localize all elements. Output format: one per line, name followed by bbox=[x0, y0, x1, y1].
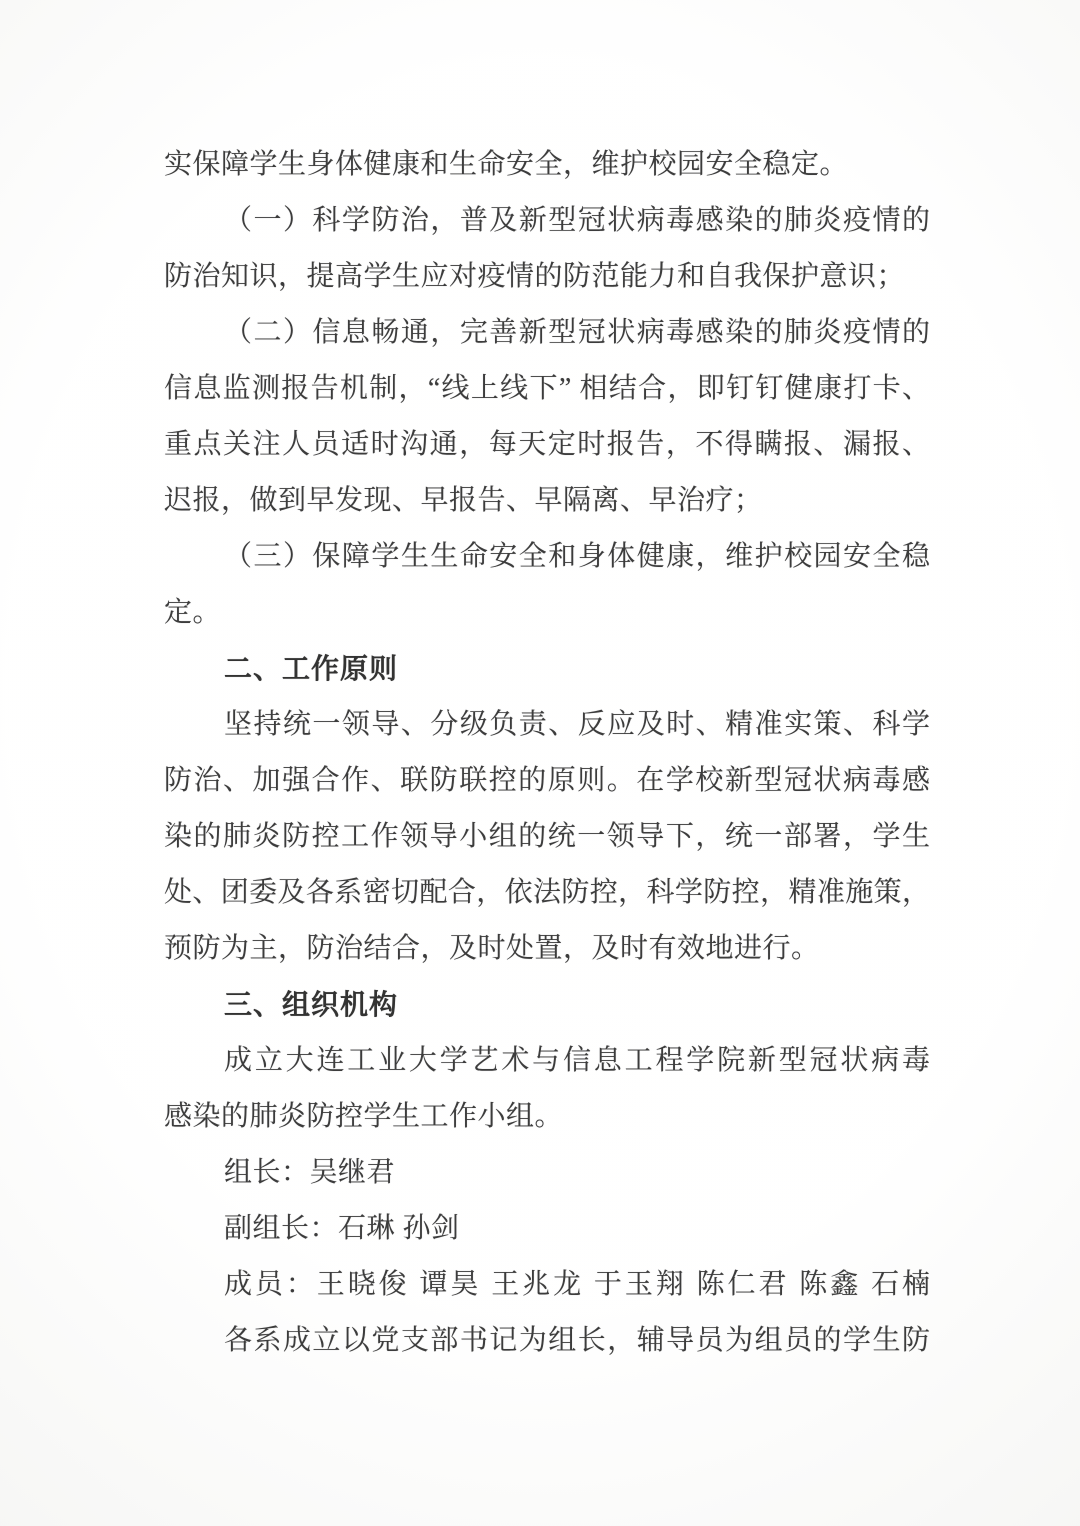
item-two-line: （二）信息畅通，完善新型冠状病毒感染的肺炎疫情的 bbox=[164, 305, 930, 361]
group-leader-line: 组长：吴继君 bbox=[164, 1145, 930, 1201]
paragraph-line: 定。 bbox=[164, 585, 930, 641]
paragraph-line: 重点关注人员适时沟通，每天定时报告，不得瞒报、漏报、 bbox=[164, 417, 930, 473]
members-line: 成员：王晓俊 谭昊 王兆龙 于玉翔 陈仁君 陈鑫 石楠 bbox=[164, 1257, 930, 1313]
paragraph-line: 防治、加强合作、联防联控的原则。在学校新型冠状病毒感 bbox=[164, 753, 930, 809]
item-three-line: （三）保障学生生命安全和身体健康，维护校园安全稳 bbox=[164, 529, 930, 585]
section-heading-organization: 三、组织机构 bbox=[164, 977, 930, 1033]
paragraph-line: 防治知识，提高学生应对疫情的防范能力和自我保护意识； bbox=[164, 249, 930, 305]
item-one-line: （一）科学防治，普及新型冠状病毒感染的肺炎疫情的 bbox=[164, 193, 930, 249]
paragraph-line: 成立大连工业大学艺术与信息工程学院新型冠状病毒 bbox=[164, 1033, 930, 1089]
deputy-leader-line: 副组长：石琳 孙剑 bbox=[164, 1201, 930, 1257]
document-content: 实保障学生身体健康和生命安全，维护校园安全稳定。 （一）科学防治，普及新型冠状病… bbox=[164, 137, 930, 1369]
paragraph-line: 迟报，做到早发现、早报告、早隔离、早治疗； bbox=[164, 473, 930, 529]
paragraph-line: 处、团委及各系密切配合，依法防控，科学防控，精准施策， bbox=[164, 865, 930, 921]
paragraph-line: 实保障学生身体健康和生命安全，维护校园安全稳定。 bbox=[164, 137, 930, 193]
paragraph-line: 染的肺炎防控工作领导小组的统一领导下，统一部署，学生 bbox=[164, 809, 930, 865]
paragraph-line: 各系成立以党支部书记为组长，辅导员为组员的学生防 bbox=[164, 1313, 930, 1369]
paragraph-line: 预防为主，防治结合，及时处置，及时有效地进行。 bbox=[164, 921, 930, 977]
paragraph-line: 感染的肺炎防控学生工作小组。 bbox=[164, 1089, 930, 1145]
paragraph-line: 信息监测报告机制，“线上线下” 相结合，即钉钉健康打卡、 bbox=[164, 361, 930, 417]
paragraph-line: 坚持统一领导、分级负责、反应及时、精准实策、科学 bbox=[164, 697, 930, 753]
document-page: 实保障学生身体健康和生命安全，维护校园安全稳定。 （一）科学防治，普及新型冠状病… bbox=[0, 0, 1080, 1526]
section-heading-work-principles: 二、工作原则 bbox=[164, 641, 930, 697]
